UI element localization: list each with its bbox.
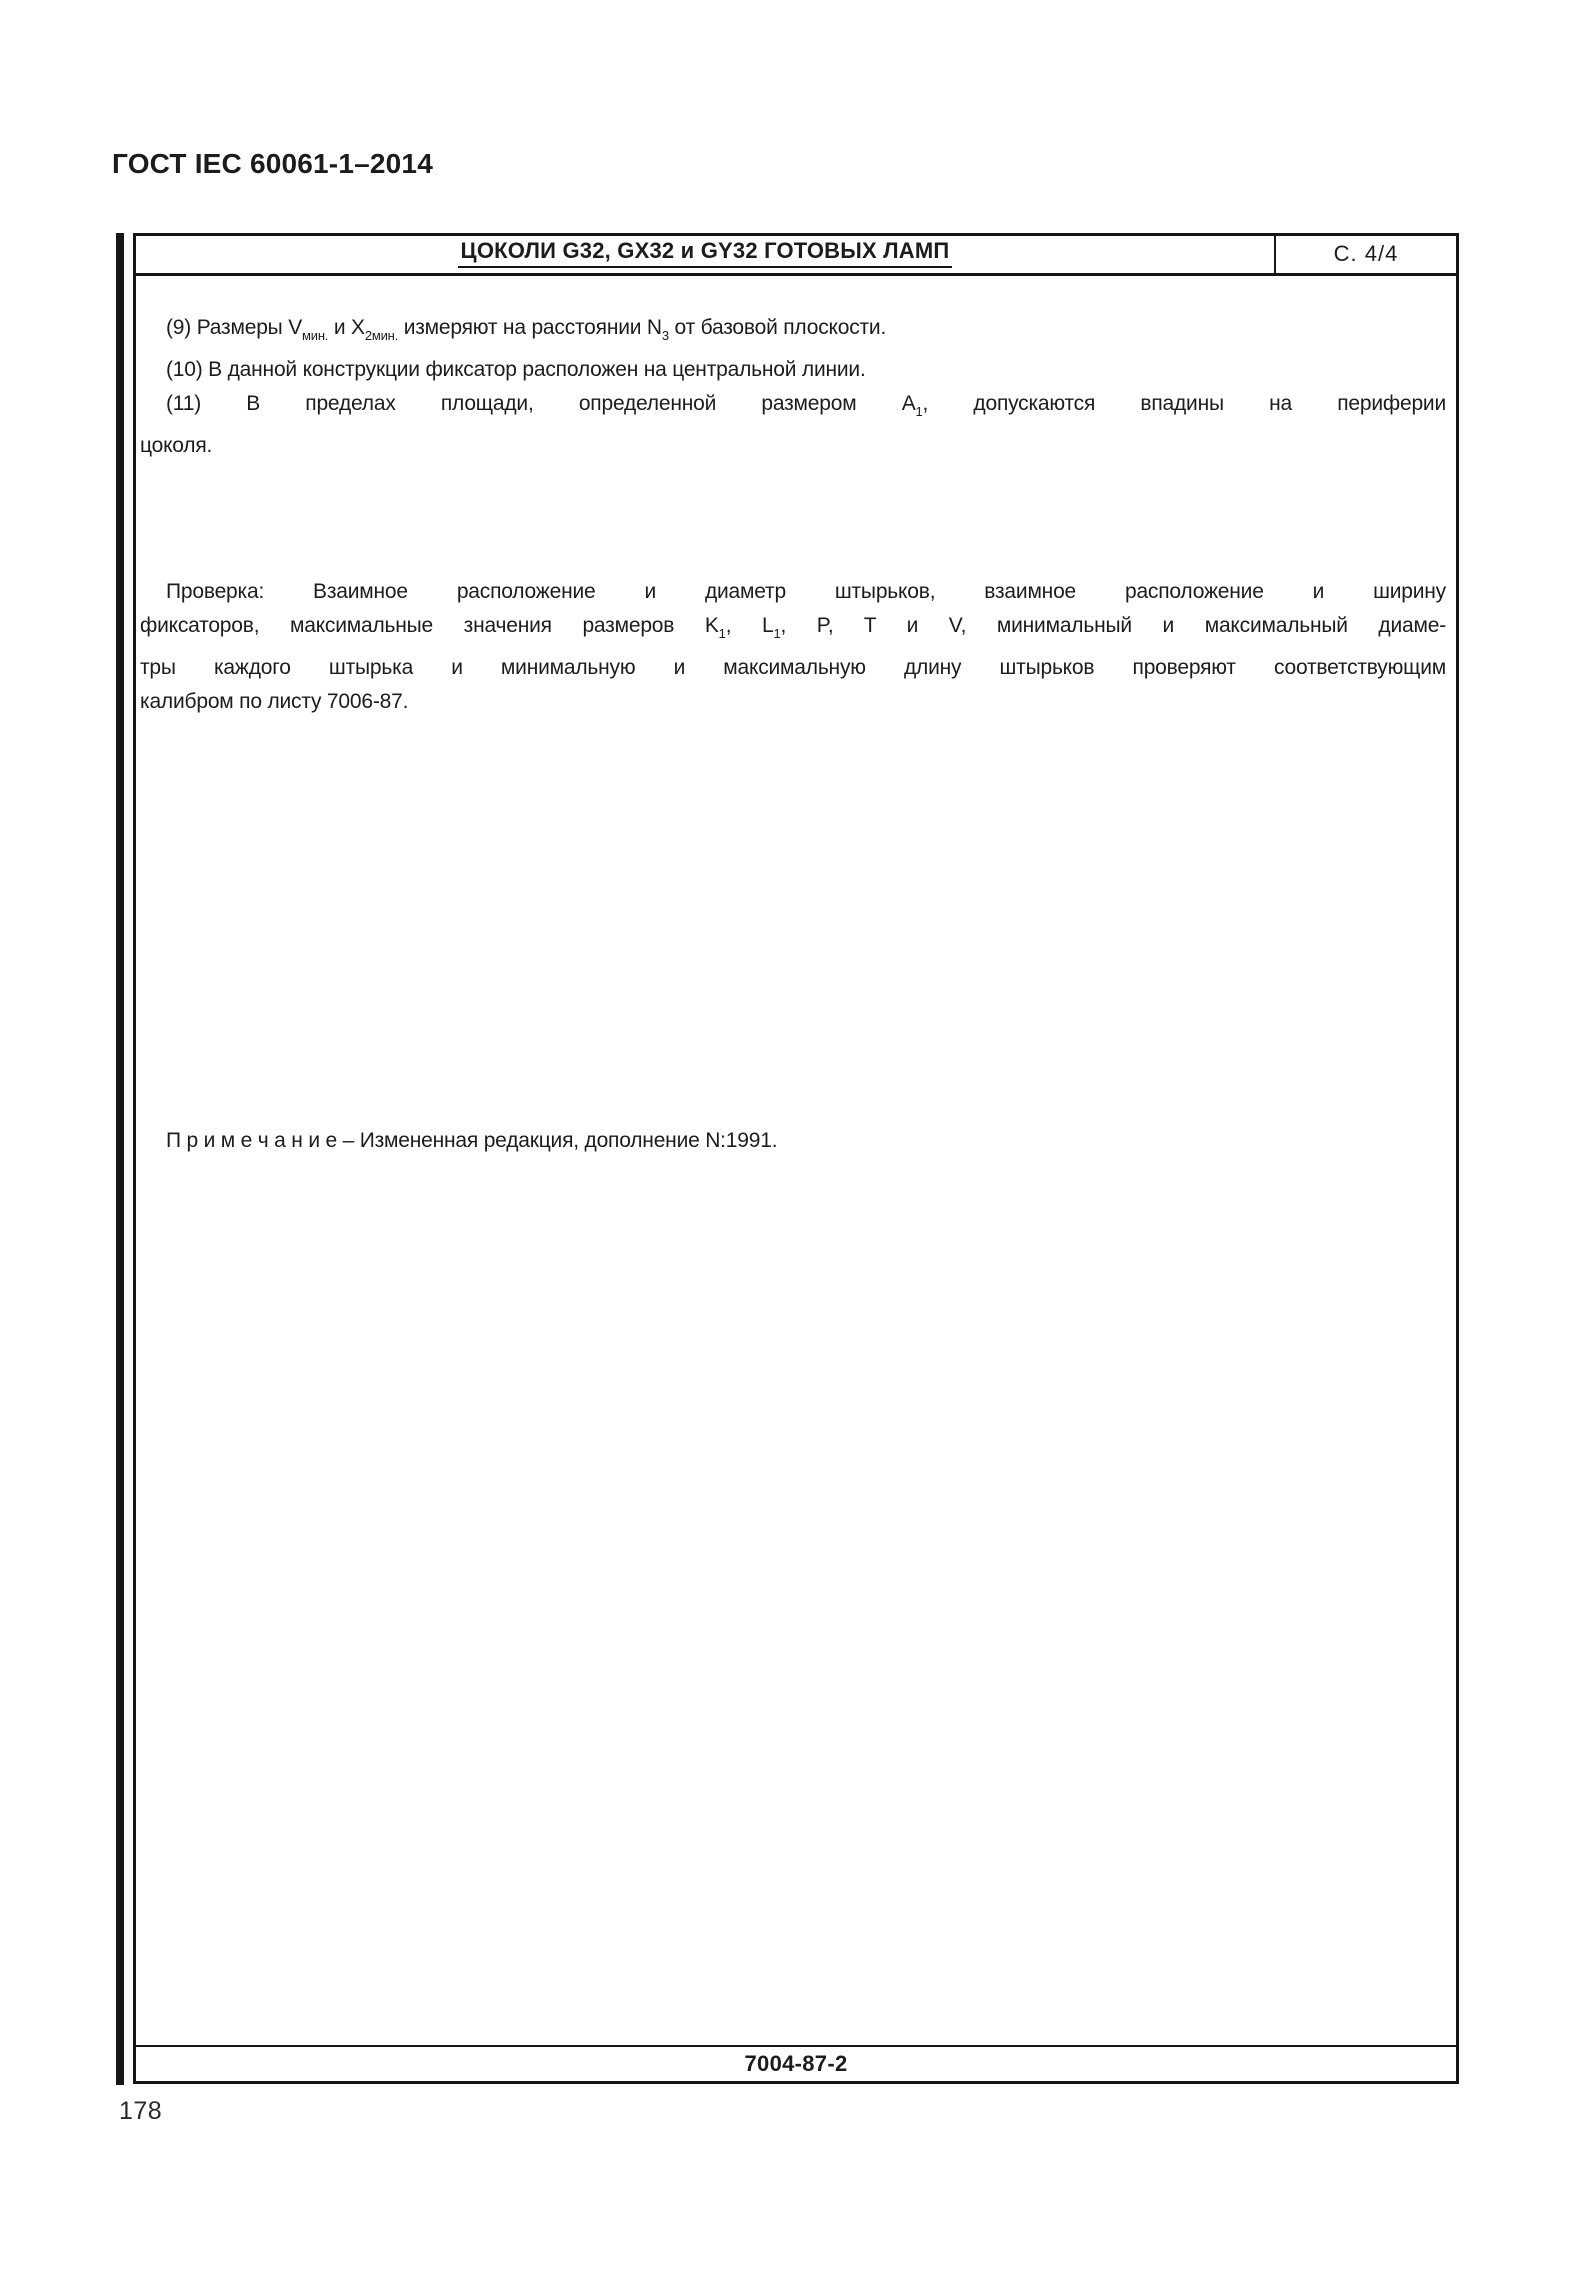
text-line: Проверка: Взаимное расположение и диамет… bbox=[140, 575, 1446, 609]
text-line: фиксаторов, максимальные значения размер… bbox=[140, 609, 1446, 651]
text-line: (9) Размеры Vмин. и X2мин. измеряют на р… bbox=[140, 311, 1446, 353]
sheet-title: ЦОКОЛИ G32, GX32 и GY32 ГОТОВЫХ ЛАМП bbox=[458, 238, 953, 268]
sheet-number: 7004-87-2 bbox=[745, 2051, 848, 2077]
text-line: П р и м е ч а н и е – Измененная редакци… bbox=[140, 1124, 1446, 1158]
text-line: (11) В пределах площади, определенной ра… bbox=[140, 387, 1446, 429]
text-line: тры каждого штырька и минимальную и макс… bbox=[140, 651, 1446, 685]
notes-block: (9) Размеры Vмин. и X2мин. измеряют на р… bbox=[140, 311, 1446, 463]
doc-standard-number: ГОСТ IEC 60061-1–2014 bbox=[112, 148, 433, 180]
sheet-pageref-cell: С. 4/4 bbox=[1274, 236, 1456, 273]
remark-block: П р и м е ч а н и е – Измененная редакци… bbox=[140, 1124, 1446, 1158]
text-line: цоколя. bbox=[140, 429, 1446, 463]
page-number: 178 bbox=[119, 2097, 162, 2126]
sheet-frame: ЦОКОЛИ G32, GX32 и GY32 ГОТОВЫХ ЛАМП С. … bbox=[133, 233, 1459, 2084]
sheet-title-cell: ЦОКОЛИ G32, GX32 и GY32 ГОТОВЫХ ЛАМП bbox=[136, 236, 1274, 273]
sheet-page-ref: С. 4/4 bbox=[1334, 241, 1399, 267]
binding-bar bbox=[116, 233, 124, 2085]
sheet-footer-row: 7004-87-2 bbox=[136, 2045, 1456, 2081]
text-line: калибром по листу 7006-87. bbox=[140, 685, 1446, 719]
sheet-header-row: ЦОКОЛИ G32, GX32 и GY32 ГОТОВЫХ ЛАМП С. … bbox=[136, 236, 1456, 276]
text-line: (10) В данной конструкции фиксатор распо… bbox=[140, 353, 1446, 387]
verification-block: Проверка: Взаимное расположение и диамет… bbox=[140, 575, 1446, 719]
document-page: ГОСТ IEC 60061-1–2014 ЦОКОЛИ G32, GX32 и… bbox=[0, 0, 1575, 2283]
